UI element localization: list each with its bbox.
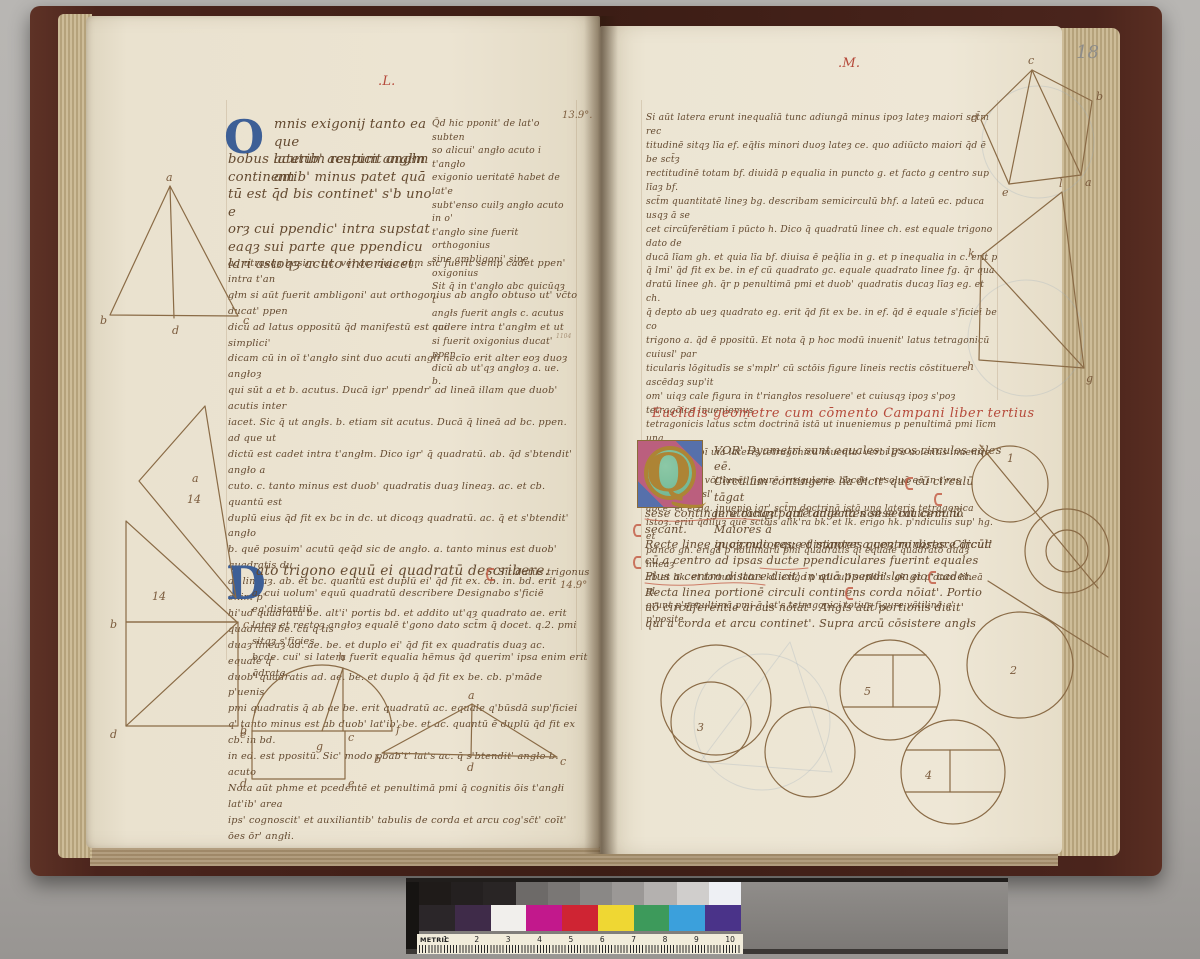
ruler-number: 9	[694, 935, 699, 944]
color-patch	[491, 905, 527, 931]
ruler-numbers: 1 2 3 4 5 6 7 8 9 10	[443, 935, 735, 944]
left-page-heading: .L.	[378, 74, 396, 89]
photo-background: .L. O mnis exigonij tanto ea que acutum …	[0, 0, 1200, 959]
color-patch	[419, 905, 455, 931]
color-patch	[634, 905, 670, 931]
gray-patch	[612, 882, 644, 905]
grayscale-row	[419, 882, 741, 905]
paragraph-mark	[633, 524, 641, 537]
paragraph-mark	[845, 587, 853, 600]
gray-patch	[644, 882, 676, 905]
gray-patch	[516, 882, 548, 905]
color-patch	[598, 905, 634, 931]
left-body-text: ad utrasqȝ basim. bc. vel ac. quia cum s…	[228, 256, 578, 845]
page-edges-right	[1058, 28, 1120, 856]
gray-patch	[451, 882, 483, 905]
color-patch	[526, 905, 562, 931]
gray-patch	[483, 882, 515, 905]
paragraph-mark	[905, 477, 913, 490]
color-row	[419, 905, 741, 931]
ruler-number: 5	[569, 935, 574, 944]
gray-patch	[580, 882, 612, 905]
paragraph-mark	[486, 568, 494, 581]
gray-patch	[677, 882, 709, 905]
illuminated-initial-q: Q	[646, 448, 691, 500]
color-patch	[669, 905, 705, 931]
paragraph-mark	[928, 571, 936, 584]
rubric-line: Euclidis geometre cum cōmento Campani li…	[652, 406, 1035, 421]
color-patch	[705, 905, 741, 931]
paragraph-mark	[934, 493, 942, 506]
color-patch	[455, 905, 491, 931]
ruler-number: 3	[506, 935, 511, 944]
gray-patch	[548, 882, 580, 905]
color-patch	[562, 905, 598, 931]
ruler-number: 2	[474, 935, 479, 944]
gray-patch	[709, 882, 741, 905]
ruler-number: 1	[443, 935, 448, 944]
definitions-text: sese contingere dicunt' qui tangentes se…	[645, 506, 1005, 632]
metric-ruler: METRIC 1 2 3 4 5 6 7 8 9 10	[417, 934, 743, 955]
ruler-number: 10	[725, 935, 735, 944]
dato-body-text: a. cui uolum' equū quadratū describere D…	[252, 586, 590, 681]
gray-patch	[419, 882, 451, 905]
folio-number: 18	[1076, 42, 1099, 63]
margin-note-13-9: 13.9°.	[562, 110, 592, 121]
ruler-number: 6	[600, 935, 605, 944]
ruler-ticks	[419, 945, 741, 953]
ruler-number: 7	[631, 935, 636, 944]
gutter-shadow	[584, 16, 618, 854]
ruler-number: 4	[537, 935, 542, 944]
ruling-line	[641, 100, 642, 630]
calibration-board: METRIC 1 2 3 4 5 6 7 8 9 10	[406, 878, 1008, 954]
ruler-number: 8	[663, 935, 668, 944]
right-page-heading: .M.	[838, 56, 860, 71]
paragraph-mark	[633, 556, 641, 569]
dato-heading-continuation: Sit datus trigonus	[498, 567, 590, 578]
